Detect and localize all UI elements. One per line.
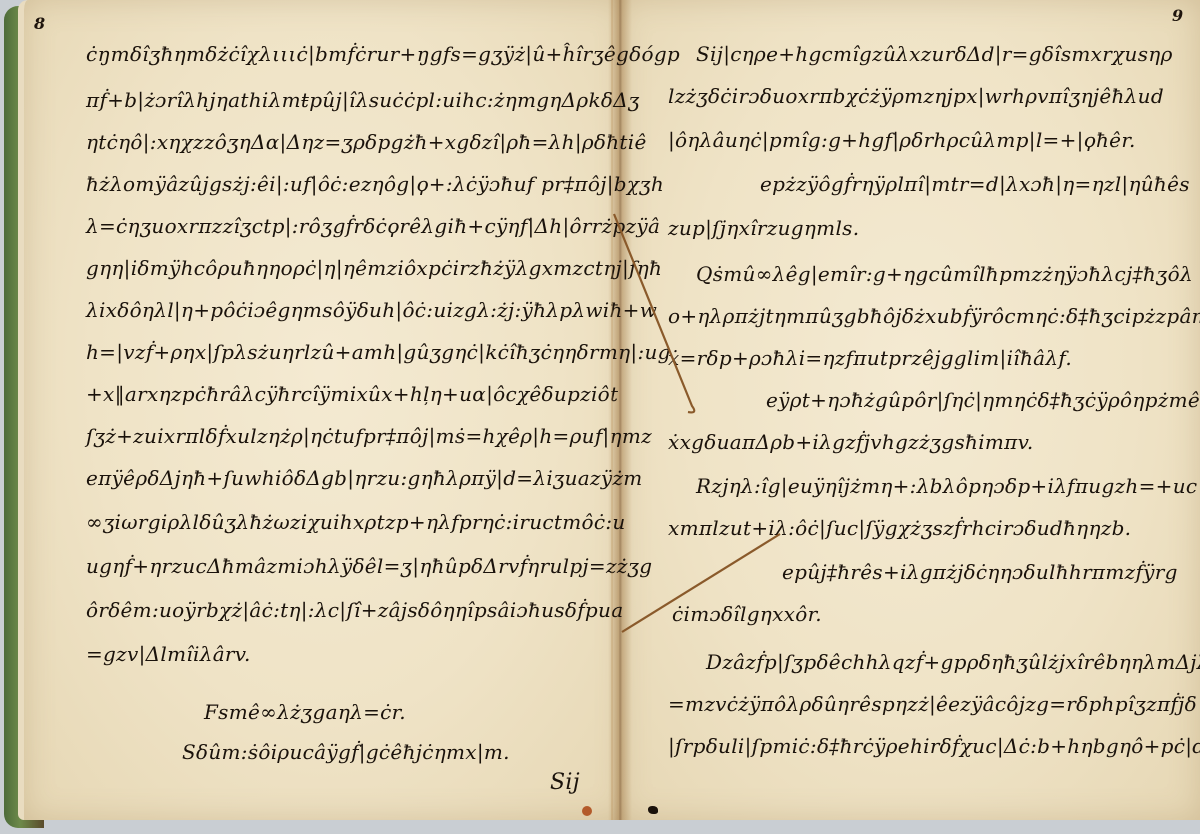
cipher-line: λ=ċηʒuoxrπzzîʒctp|:rôʒgḟrδċϙrêλgiħ+cÿηf|… (86, 214, 660, 238)
cipher-line: ħżλomÿâzûjgsżj:êi|:uf|ôċ:ezηôg|ϙ+:λċÿɔħu… (86, 172, 664, 196)
catchword: Sij (550, 770, 580, 795)
cipher-line: ċimɔδîlgηxxôr. (672, 602, 822, 626)
ink-blot (648, 806, 658, 814)
left-page-number: 8 (34, 14, 45, 33)
cipher-line: λixδôηλl|η+pôċiɔêgηmsôÿδuh|ôċ:uizgλ:żj:ÿ… (86, 298, 657, 322)
cipher-line: eÿρt+ηɔħżgûpôr|ſηċ|ηmηċδ‡ħʒċÿρôηpżmê (766, 388, 1200, 412)
open-manuscript: 8 ċŋmδîʒħηmδżċîχλιιιċ|bmḟċrur+ŋgfs=gʒÿż|… (0, 0, 1200, 834)
cipher-line: ugηḟ+ηrzucΔħmâzmiɔhλÿδêl=ʒ|ηħûpδΔrvḟηrul… (86, 554, 652, 578)
cipher-line: +x‖arxηzpċħrâλcÿħrcîÿmixûx+hļη+uα|ôcχêδu… (86, 382, 618, 406)
cipher-line: Dzâzḟp|ſʒpδêchhλqzḟ+gpρδηħʒûlżjxîrêbηηλm… (706, 650, 1200, 674)
cipher-line: zup|ſjηxîrzugηmls. (668, 216, 859, 240)
cipher-line: ẋ=rδp+ρɔħλi=ηzfπutprzêjgglim|iîħâλf. (668, 346, 1072, 370)
cipher-line: ôrδêm:uoÿrbχż|âċ:tη|:λc|ſî+zâjsδôηηîpsâi… (86, 598, 623, 622)
cipher-line: epûj‡ħrês+iλgπżjδċηηɔδulħhrπmzḟÿrg (782, 560, 1178, 584)
cipher-line: ∞ʒiωrgiρλlδûʒλħżωziχuihxρtzp+ηλfprηċ:iru… (86, 510, 626, 534)
cipher-line: xmπlzut+iλ:ôċ|ſuc|ſÿgχżʒszḟrhcirɔδudħηηz… (668, 516, 1131, 540)
red-wax-stain (582, 806, 592, 816)
cipher-line: eπÿêρδΔjηħ+ſuwhiôδΔgb|ηrzu:gηħλρπÿ|d=λiʒ… (86, 466, 643, 490)
cipher-line: h=|vzḟ+ρηx|ſpλsżuηrlzû+amh|gûʒgηċ|kċîħʒċ… (86, 340, 671, 364)
cipher-line: Sij|cηρe+hgcmîgzûλxzurδΔd|r=gδîsmxrχusηρ (696, 42, 1173, 66)
cipher-line: Rzjηλ:îg|euÿηîjżmη+:λbλôpηɔδp+iλfπugzh=+… (696, 474, 1197, 498)
book-gutter (608, 0, 632, 820)
right-page-number: 9 (1172, 6, 1183, 25)
cipher-line: ηtċηô|:xηχzzôʒηΔα|Δηz=ʒρδpgżħ+xgδzî|ρħ=λ… (86, 130, 647, 154)
cipher-line: =gzv|Δlmîiλârv. (86, 642, 251, 666)
cipher-line: gηη|iδmÿhcôρuħηηoρċ|η|ηêmziôxpċirzħżÿλgx… (86, 256, 662, 280)
cipher-line: πḟ+b|żɔrîλhjηathiλmŧpûj|îλsuċċpl:uihc:żη… (86, 88, 640, 112)
cipher-line: ẋxgδuaπΔρb+iλgzḟjvhgzżʒgsħimπv. (668, 430, 1034, 454)
cipher-line: ċŋmδîʒħηmδżċîχλιιιċ|bmḟċrur+ŋgfs=gʒÿż|û+… (86, 42, 680, 66)
left-page (18, 0, 626, 820)
closing-line: Sδûm:ṡôiρucâÿgḟ|gċêħjċηmx|m. (182, 740, 510, 764)
cipher-line: ſʒż+zuixrπlδḟxulzηżρ|ηċtufpr‡πôj|mṡ=hχêρ… (86, 424, 652, 448)
cipher-line: |ſrpδuli|ſpmiċ:δ‡ħrċÿρehirδḟχuc|Δċ:b+hηb… (668, 734, 1200, 758)
cipher-line: =mzvċżÿπôλρδûηrêspηzż|êezÿâcôjzg=rδphpîʒ… (668, 692, 1197, 716)
cipher-line: epżzÿôgḟrηÿρlπî|mtr=d|λxɔħ|η=ηzl|ηûħês (760, 172, 1190, 196)
closing-line: Fsmê∞λżʒgaηλ=ċr. (204, 700, 406, 724)
cipher-line: |ôηλâuηċ|pmîg:g+hgf|ρδrhρcûλmp|l=+|ϙħêr. (668, 128, 1136, 152)
cipher-line: o+ηλρπżjtηmπûʒgbħôjδżxubḟÿrôcmηċ:δ‡ħʒcip… (668, 304, 1200, 328)
cipher-line: Qṡmû∞λêg|emîr:g+ηgcûmîlħpmzżηÿɔħλcj‡ħʒôλ (696, 262, 1193, 286)
cipher-line: lzżʒδċirɔδuoxrπbχċżÿρmzηjpx|wrhρvπîʒηjêħ… (668, 84, 1164, 108)
